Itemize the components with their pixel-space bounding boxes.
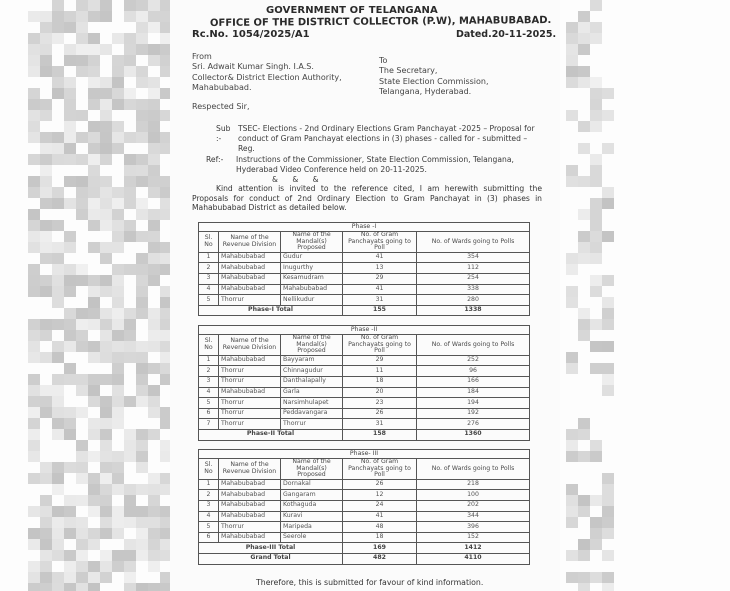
reference: Ref:- Instructions of the Commissioner, … [206, 155, 556, 175]
sl-no: 6 [199, 408, 219, 419]
total-gram-panchayats: 155 [343, 305, 417, 316]
gram-panchayats: 23 [343, 398, 417, 409]
mandal: Bayyaram [281, 355, 343, 366]
sl-no: 2 [199, 490, 219, 501]
table-row: 4MahabubabadKuravi41344 [199, 511, 530, 522]
revenue-division: Mahabubabad [219, 532, 281, 543]
gram-panchayats: 31 [343, 419, 417, 430]
mandal: Gudur [281, 252, 343, 263]
separator: & & & [272, 175, 319, 184]
mandal: Seerole [281, 532, 343, 543]
mandal: Peddavangara [281, 408, 343, 419]
wards: 276 [417, 419, 530, 430]
sl-no: 6 [199, 532, 219, 543]
table-row: 1MahabubabadDornakal26218 [199, 479, 530, 490]
table-row: 5ThorrurNellikudur31280 [199, 295, 530, 306]
column-header: No. of Wards going to Polls [417, 459, 530, 480]
wards: 202 [417, 500, 530, 511]
mandal: Inugurthy [281, 263, 343, 274]
gram-panchayats: 41 [343, 511, 417, 522]
column-header: No. of Gram Panchayats going to Poll [343, 232, 417, 253]
column-header: Name of the Mandal(s) Proposed [281, 459, 343, 480]
column-header: No. of Gram Panchayats going to Poll [343, 459, 417, 480]
column-header: Name of the Revenue Division [219, 459, 281, 480]
sl-no: 4 [199, 387, 219, 398]
wards: 194 [417, 398, 530, 409]
phase-total-row: Phase-II Total1581360 [199, 429, 530, 440]
revenue-division: Mahabubabad [219, 479, 281, 490]
column-header: Name of the Revenue Division [219, 232, 281, 253]
mandal: Dornakal [281, 479, 343, 490]
revenue-division: Mahabubabad [219, 263, 281, 274]
wards: 192 [417, 408, 530, 419]
sl-no: 1 [199, 355, 219, 366]
gram-panchayats: 24 [343, 500, 417, 511]
wards: 112 [417, 263, 530, 274]
revenue-division: Mahabubabad [219, 252, 281, 263]
gram-panchayats: 12 [343, 490, 417, 501]
table-row: 6MahabubabadSeerole18152 [199, 532, 530, 543]
total-gram-panchayats: 482 [343, 553, 417, 564]
closing-line: Therefore, this is submitted for favour … [256, 578, 483, 587]
column-header: Name of the Mandal(s) Proposed [281, 232, 343, 253]
wards: 100 [417, 490, 530, 501]
mandal: Mahabubabad [281, 284, 343, 295]
mandal: Nellikudur [281, 295, 343, 306]
revenue-division: Mahabubabad [219, 490, 281, 501]
table-row: 2ThorrurChinnagudur1196 [199, 366, 530, 377]
blurred-background-right [566, 0, 686, 591]
mandal: Thorrur [281, 419, 343, 430]
revenue-division: Thorrur [219, 522, 281, 533]
blurred-background-left [28, 0, 170, 591]
table-header-row: Sl. NoName of the Revenue DivisionName o… [199, 335, 530, 356]
gram-panchayats: 13 [343, 263, 417, 274]
sl-no: 3 [199, 500, 219, 511]
phase-table: Phase -ISl. NoName of the Revenue Divisi… [198, 222, 530, 316]
body-paragraph: Kind attention is invited to the referen… [192, 184, 542, 213]
mandal: Danthalapally [281, 376, 343, 387]
revenue-division: Thorrur [219, 398, 281, 409]
phase-table: Phase- IIISl. NoName of the Revenue Divi… [198, 449, 530, 565]
reference-number: Rc.No. 1054/2025/A1 [192, 29, 310, 40]
revenue-division: Thorrur [219, 408, 281, 419]
mandal: Garla [281, 387, 343, 398]
mandal: Kesamudram [281, 273, 343, 284]
wards: 166 [417, 376, 530, 387]
phase-total-row: Phase-III Total1691412 [199, 543, 530, 554]
sl-no: 5 [199, 398, 219, 409]
table-row: 1MahabubabadBayyaram29252 [199, 355, 530, 366]
grand-total-row: Grand Total4824110 [199, 553, 530, 564]
gram-panchayats: 26 [343, 408, 417, 419]
sl-no: 1 [199, 479, 219, 490]
revenue-division: Mahabubabad [219, 511, 281, 522]
total-gram-panchayats: 169 [343, 543, 417, 554]
table-row: 6ThorrurPeddavangara26192 [199, 408, 530, 419]
sl-no: 3 [199, 273, 219, 284]
column-header: No. of Gram Panchayats going to Poll [343, 335, 417, 356]
table-header-row: Sl. NoName of the Revenue DivisionName o… [199, 459, 530, 480]
table-header-row: Sl. NoName of the Revenue DivisionName o… [199, 232, 530, 253]
mandal: Kuravi [281, 511, 343, 522]
salutation: Respected Sir, [192, 102, 250, 111]
revenue-division: Mahabubabad [219, 355, 281, 366]
mandal: Chinnagudur [281, 366, 343, 377]
table-row: 2MahabubabadInugurthy13112 [199, 263, 530, 274]
column-header: Name of the Mandal(s) Proposed [281, 335, 343, 356]
total-label: Phase-II Total [199, 429, 343, 440]
revenue-division: Thorrur [219, 295, 281, 306]
table-row: 5ThorrurMaripeda48396 [199, 522, 530, 533]
column-header: Sl. No [199, 232, 219, 253]
gram-panchayats: 18 [343, 376, 417, 387]
total-label: Phase-III Total [199, 543, 343, 554]
revenue-division: Thorrur [219, 366, 281, 377]
revenue-division: Thorrur [219, 376, 281, 387]
gram-panchayats: 31 [343, 295, 417, 306]
gram-panchayats: 20 [343, 387, 417, 398]
gram-panchayats: 26 [343, 479, 417, 490]
wards: 354 [417, 252, 530, 263]
table-row: 4MahabubabadMahabubabad41338 [199, 284, 530, 295]
date: Dated.20-11-2025. [456, 29, 556, 40]
office-header: OFFICE OF THE DISTRICT COLLECTOR (P.W), … [210, 15, 551, 29]
table-row: 7ThorrurThorrur31276 [199, 419, 530, 430]
from-block: From Sri. Adwait Kumar Singh. I.A.S. Col… [192, 52, 342, 93]
wards: 184 [417, 387, 530, 398]
revenue-division: Thorrur [219, 419, 281, 430]
total-wards: 1360 [417, 429, 530, 440]
sl-no: 1 [199, 252, 219, 263]
total-wards: 1412 [417, 543, 530, 554]
wards: 218 [417, 479, 530, 490]
to-block: To The Secretary, State Election Commiss… [379, 56, 489, 97]
revenue-division: Mahabubabad [219, 387, 281, 398]
table-row: 2MahabubabadGangaram12100 [199, 490, 530, 501]
wards: 252 [417, 355, 530, 366]
gram-panchayats: 48 [343, 522, 417, 533]
table-row: 1MahabubabadGudur41354 [199, 252, 530, 263]
table-row: 5ThorrurNarsimhulapet23194 [199, 398, 530, 409]
total-gram-panchayats: 158 [343, 429, 417, 440]
column-header: Name of the Revenue Division [219, 335, 281, 356]
gram-panchayats: 41 [343, 252, 417, 263]
mandal: Narsimhulapet [281, 398, 343, 409]
wards: 396 [417, 522, 530, 533]
sl-no: 5 [199, 522, 219, 533]
sl-no: 7 [199, 419, 219, 430]
gram-panchayats: 11 [343, 366, 417, 377]
wards: 254 [417, 273, 530, 284]
gram-panchayats: 18 [343, 532, 417, 543]
sl-no: 4 [199, 511, 219, 522]
wards: 280 [417, 295, 530, 306]
mandal: Gangaram [281, 490, 343, 501]
mandal: Maripeda [281, 522, 343, 533]
column-header: Sl. No [199, 335, 219, 356]
document-page: GOVERNMENT OF TELANGANA OFFICE OF THE DI… [170, 0, 560, 591]
phase-table: Phase -IISl. NoName of the Revenue Divis… [198, 325, 530, 441]
gram-panchayats: 41 [343, 284, 417, 295]
table-row: 3ThorrurDanthalapally18166 [199, 376, 530, 387]
sl-no: 4 [199, 284, 219, 295]
wards: 152 [417, 532, 530, 543]
government-header: GOVERNMENT OF TELANGANA [266, 5, 438, 16]
wards: 96 [417, 366, 530, 377]
column-header: No. of Wards going to Polls [417, 335, 530, 356]
table-row: 3MahabubabadKothaguda24202 [199, 500, 530, 511]
sl-no: 2 [199, 263, 219, 274]
total-wards: 1338 [417, 305, 530, 316]
sl-no: 2 [199, 366, 219, 377]
phase-total-row: Phase-I Total1551338 [199, 305, 530, 316]
sl-no: 5 [199, 295, 219, 306]
subject: Sub :- TSEC- Elections - 2nd Ordinary El… [216, 124, 546, 154]
table-row: 3MahabubabadKesamudram29254 [199, 273, 530, 284]
gram-panchayats: 29 [343, 273, 417, 284]
total-label: Grand Total [199, 553, 343, 564]
gram-panchayats: 29 [343, 355, 417, 366]
table-row: 4MahabubabadGarla20184 [199, 387, 530, 398]
revenue-division: Mahabubabad [219, 500, 281, 511]
wards: 338 [417, 284, 530, 295]
column-header: No. of Wards going to Polls [417, 232, 530, 253]
revenue-division: Mahabubabad [219, 273, 281, 284]
column-header: Sl. No [199, 459, 219, 480]
revenue-division: Mahabubabad [219, 284, 281, 295]
wards: 344 [417, 511, 530, 522]
sl-no: 3 [199, 376, 219, 387]
mandal: Kothaguda [281, 500, 343, 511]
total-label: Phase-I Total [199, 305, 343, 316]
total-wards: 4110 [417, 553, 530, 564]
